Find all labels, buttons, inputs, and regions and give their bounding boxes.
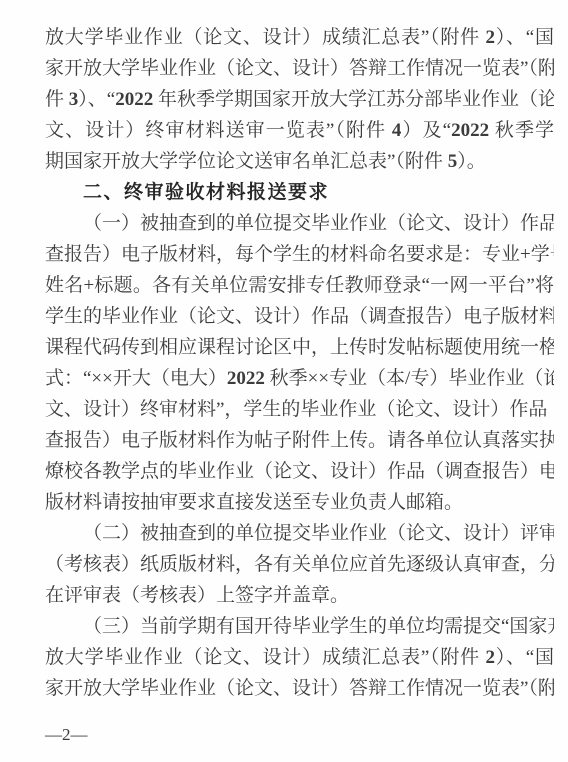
doc-line: 学生的毕业作业（论文、设计）作品（调查报告）电子版材料按 [45, 301, 554, 332]
digit-run: 2 [485, 27, 495, 48]
doc-line: 课程代码传到相应课程讨论区中，上传时发帖标题使用统一格 [45, 332, 554, 363]
doc-line: 家开放大学毕业作业（论文、设计）答辩工作情况一览表”（附 [45, 53, 554, 84]
digit-run: 3 [69, 89, 79, 110]
digit-run: 4 [392, 120, 402, 141]
doc-line: （三）当前学期有国开待毕业学生的单位均需提交“国家开 [45, 611, 554, 642]
digit-run: 2 [485, 647, 495, 668]
doc-line: （一）被抽查到的单位提交毕业作业（论文、设计）作品（调 [45, 208, 554, 239]
document-page: 放大学毕业作业（论文、设计）成绩汇总表”（附件 2）、“国家开放大学毕业作业（论… [0, 0, 568, 762]
digit-run: 2022 [227, 368, 265, 389]
doc-line: 查报告）电子版材料，每个学生的材料命名要求是：专业+学号+ [45, 239, 554, 270]
digit-run: 5 [448, 151, 458, 172]
doc-line: 放大学毕业作业（论文、设计）成绩汇总表”（附件 2）、“国 [45, 22, 554, 53]
digit-run: 2022 [115, 89, 153, 110]
doc-line: 查报告）电子版材料作为帖子附件上传。请各单位认真落实执行。 [45, 425, 554, 456]
doc-line: 版材料请按抽审要求直接发送至专业负责人邮箱。 [45, 487, 554, 518]
doc-line: 家开放大学毕业作业（论文、设计）答辩工作情况一览表”（附 [45, 673, 554, 704]
doc-line: 式：“××开大（电大）2022 秋季××专业（本/专）毕业作业（论 [45, 363, 554, 394]
doc-line: 文、设计）终审材料送审一览表”（附件 4）及“2022 秋季学 [45, 115, 554, 146]
section-heading: 二、终审验收材料报送要求 [45, 177, 554, 208]
doc-line: 件 3）、“2022 年秋季学期国家开放大学江苏分部毕业作业（论 [45, 84, 554, 115]
document-body: 放大学毕业作业（论文、设计）成绩汇总表”（附件 2）、“国家开放大学毕业作业（论… [45, 22, 554, 704]
doc-line: 姓名+标题。各有关单位需安排专任教师登录“一网一平台”将 [45, 270, 554, 301]
doc-line: 文、设计）终审材料”，学生的毕业作业（论文、设计）作品（调 [45, 394, 554, 425]
page-number: —2— [45, 725, 88, 745]
doc-line: （二）被抽查到的单位提交毕业作业（论文、设计）评审表 [45, 518, 554, 549]
digit-run: 2022 [451, 120, 489, 141]
doc-line: （考核表）纸质版材料，各有关单位应首先逐级认真审查，分别 [45, 549, 554, 580]
doc-line: 燎校各教学点的毕业作业（论文、设计）作品（调查报告）电子 [45, 456, 554, 487]
doc-line: 期国家开放大学学位论文送审名单汇总表”（附件 5）。 [45, 146, 554, 177]
doc-line: 放大学毕业作业（论文、设计）成绩汇总表”（附件 2）、“国 [45, 642, 554, 673]
doc-line: 在评审表（考核表）上签字并盖章。 [45, 580, 554, 611]
